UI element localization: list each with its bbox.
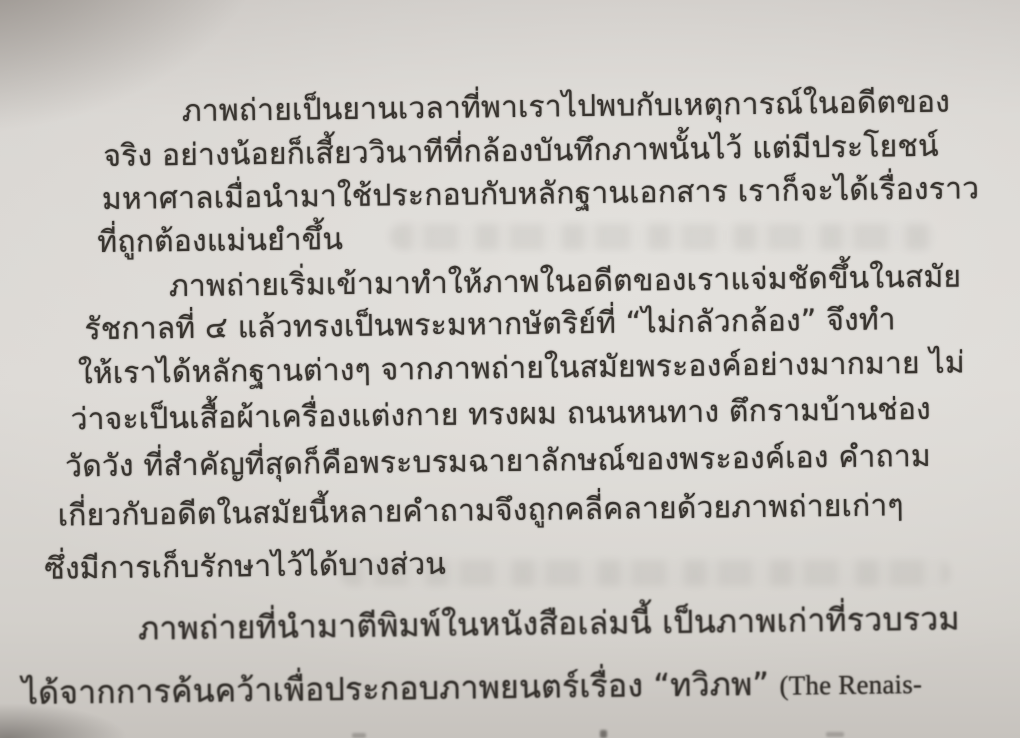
text-line: เกี่ยวกับอดีตในสมัยนี้หลายคำถามจึงถูกคลี…: [57, 482, 904, 539]
text-line: ได้จากการค้นคว้าเพื่อประกอบภาพยนตร์เรื่อ…: [22, 657, 923, 719]
photographed-book-page: ภาพถ่ายเป็นยานเวลาที่พาเราไปพบกับเหตุการ…: [0, 0, 1020, 738]
text-line: มหาศาลเมื่อนำมาใช้ประกอบกับหลักฐานเอกสาร…: [102, 165, 980, 223]
paragraph-3: ภาพถ่ายที่นำมาตีพิมพ์ในหนังสือเล่มนี้ เป…: [0, 0, 1015, 6]
cutoff-next-line-mark: [352, 733, 366, 738]
text-line: วัดวัง ที่สำคัญที่สุดก็คือพระบรมฉายาลักษ…: [65, 433, 931, 491]
text-line: ภาพถ่ายที่นำมาตีพิมพ์ในหนังสือเล่มนี้ เป…: [138, 594, 960, 655]
text-line-latin: (The Renais-: [779, 669, 922, 701]
text-line: ที่ถูกต้องแม่นยำขึ้น: [97, 216, 343, 266]
cutoff-next-line-mark: [600, 730, 607, 738]
text-line: ซึ่งมีการเก็บรักษาไว้ได้บางส่วน: [44, 541, 446, 593]
cutoff-next-line-mark: [826, 732, 844, 737]
text-line-thai: ได้จากการค้นคว้าเพื่อประกอบภาพยนตร์เรื่อ…: [22, 665, 780, 712]
paragraph-2: ภาพถ่ายเริ่มเข้ามาทำให้ภาพในอดีตของเราแจ…: [0, 0, 1015, 6]
page-body-text: ภาพถ่ายเป็นยานเวลาที่พาเราไปพบกับเหตุการ…: [0, 0, 1020, 738]
paragraph-1: ภาพถ่ายเป็นยานเวลาที่พาเราไปพบกับเหตุการ…: [0, 0, 1015, 6]
